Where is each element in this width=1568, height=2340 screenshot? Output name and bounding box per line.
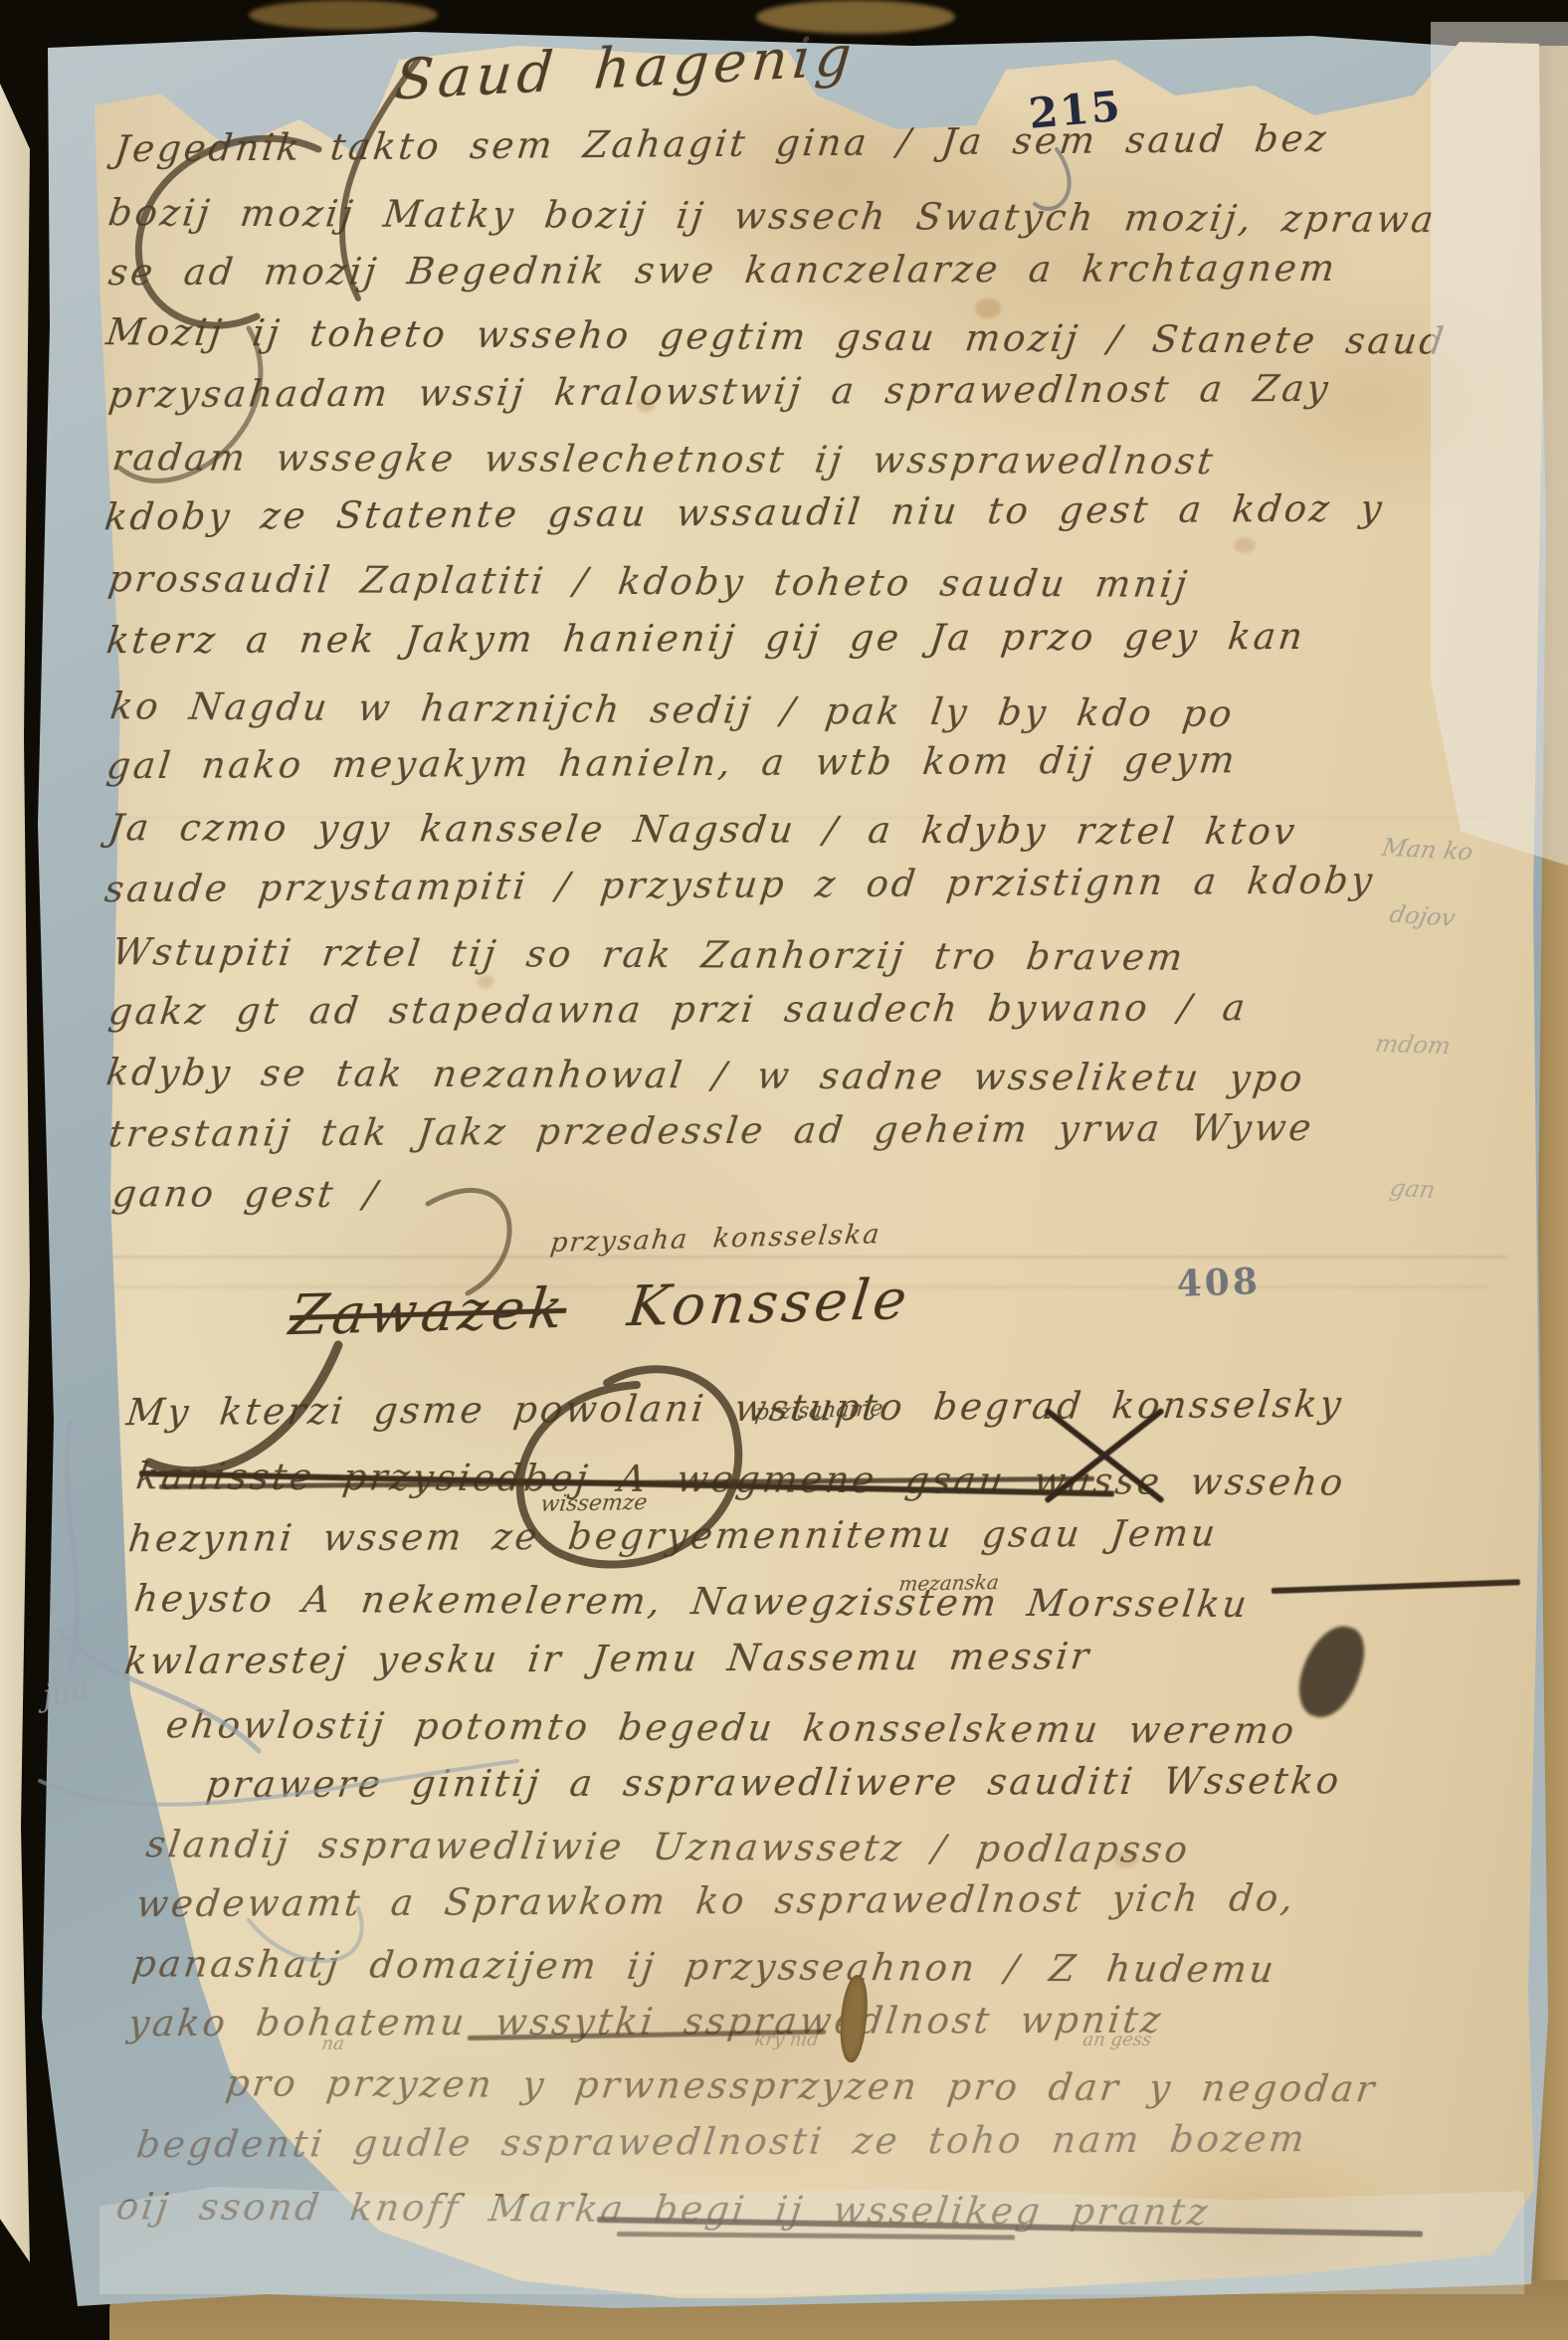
binding-smudge [756, 0, 955, 34]
foxing-spot [1114, 1851, 1138, 1868]
foxing-spot [975, 298, 1001, 318]
fold-crease [85, 1256, 1507, 1259]
fold-crease [114, 816, 1487, 819]
manuscript-page [55, 40, 1547, 2298]
previous-page-edge [0, 84, 30, 2262]
manuscript-photo: Saud hagenig 215 408 Jegednik takto sem … [0, 0, 1568, 2340]
binding-smudge [249, 0, 438, 30]
foxing-spot [478, 975, 493, 988]
fold-crease [95, 1285, 1487, 1288]
foxing-spot [1234, 537, 1256, 553]
foxing-spot [637, 398, 655, 412]
